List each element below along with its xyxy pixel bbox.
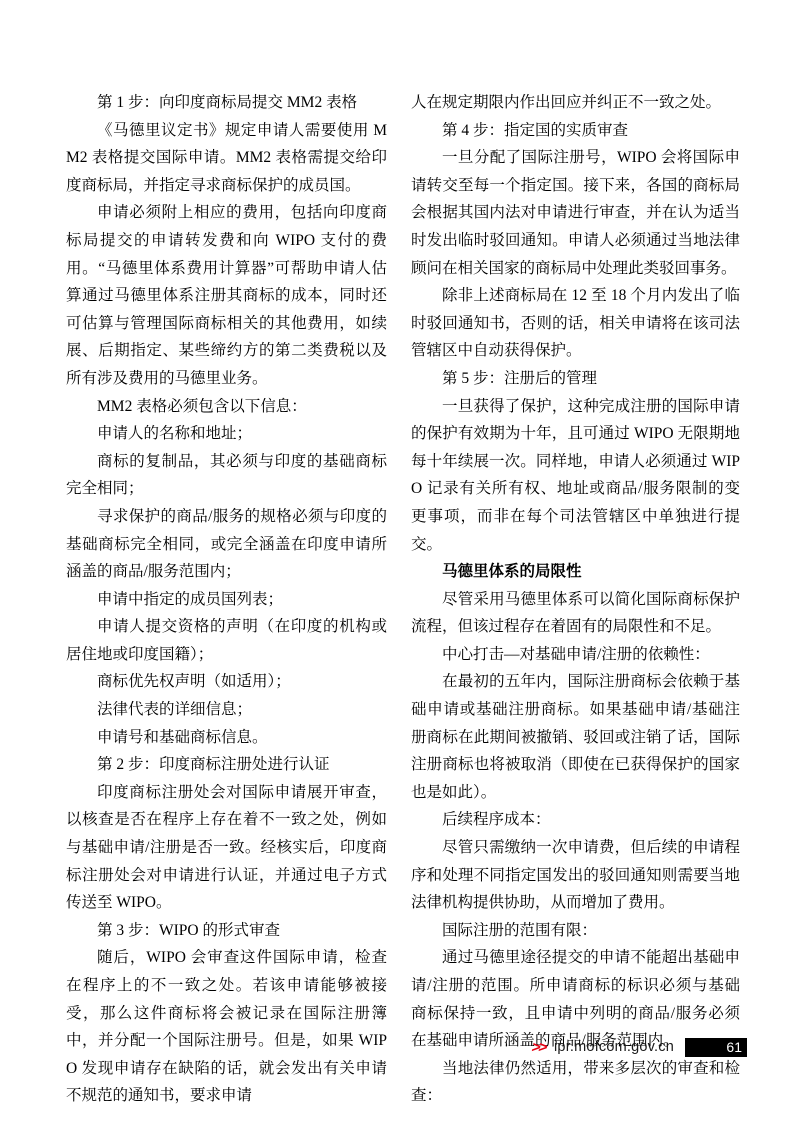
paragraph: 在最初的五年内，国际注册商标会依赖于基础申请或基础注册商标。如果基础申请/基础注… [411, 668, 740, 806]
paragraph: 申请必须附上相应的费用，包括向印度商标局提交的申请转发费和向 WIPO 支付的费… [66, 199, 387, 392]
paragraph: 《马德里议定书》规定申请人需要使用 MM2 表格提交国际申请。MM2 表格需提交… [66, 117, 387, 200]
paragraph: 当地法律仍然适用，带来多层次的审查和检查： [411, 1055, 740, 1110]
left-column: 第 1 步：向印度商标局提交 MM2 表格《马德里议定书》规定申请人需要使用 M… [66, 89, 387, 1110]
step-heading: 第 3 步：WIPO 的形式审查 [66, 917, 387, 945]
paragraph: 随后，WIPO 会审查这件国际申请，检查在程序上的不一致之处。若该申请能够被接受… [66, 944, 387, 1110]
paragraph: 一旦分配了国际注册号，WIPO 会将国际申请转交至每一个指定国。接下来，各国的商… [411, 144, 740, 282]
step-heading: 第 5 步：注册后的管理 [411, 365, 740, 393]
step-heading: 第 2 步：印度商标注册处进行认证 [66, 751, 387, 779]
paragraph: 尽管只需缴纳一次申请费，但后续的申请程序和处理不同指定国发出的驳回通知则需要当地… [411, 834, 740, 917]
footer-site-url: ipr.mofcom.gov.cn [554, 1039, 674, 1055]
section-heading: 马德里体系的局限性 [411, 558, 740, 586]
right-column: 人在规定期限内作出回应并纠正不一致之处。第 4 步：指定国的实质审查一旦分配了国… [411, 89, 740, 1110]
paragraph: 国际注册的范围有限： [411, 917, 740, 945]
paragraph: 商标优先权声明（如适用）； [66, 668, 387, 696]
paragraph: 寻求保护的商品/服务的规格必须与印度的基础商标完全相同，或完全涵盖在印度申请所涵… [66, 503, 387, 586]
page-number-badge: 61 [685, 1038, 747, 1057]
paragraph: 中心打击—对基础申请/注册的依赖性： [411, 641, 740, 669]
step-heading: 第 1 步：向印度商标局提交 MM2 表格 [66, 89, 387, 117]
paragraph: 人在规定期限内作出回应并纠正不一致之处。 [411, 89, 740, 117]
paragraph: 法律代表的详细信息； [66, 696, 387, 724]
paragraph: 申请人提交资格的声明（在印度的机构或居住地或印度国籍）； [66, 613, 387, 668]
paragraph: 尽管采用马德里体系可以简化国际商标保护流程，但该过程存在着固有的局限性和不足。 [411, 586, 740, 641]
paragraph: 除非上述商标局在 12 至 18 个月内发出了临时驳回通知书，否则的话，相关申请… [411, 282, 740, 365]
paragraph: 一旦获得了保护，这种完成注册的国际申请的保护有效期为十年，且可通过 WIPO 无… [411, 393, 740, 559]
paragraph: 申请号和基础商标信息。 [66, 724, 387, 752]
paragraph: 申请人的名称和地址； [66, 420, 387, 448]
paragraph: 商标的复制品，其必须与印度的基础商标完全相同； [66, 448, 387, 503]
step-heading: 第 4 步：指定国的实质审查 [411, 117, 740, 145]
page-footer: >> ipr.mofcom.gov.cn 61 [532, 1037, 747, 1057]
document-body: 第 1 步：向印度商标局提交 MM2 表格《马德里议定书》规定申请人需要使用 M… [66, 89, 740, 1110]
double-chevron-icon: >> [531, 1039, 548, 1056]
paragraph: 后续程序成本： [411, 806, 740, 834]
document-page: 第 1 步：向印度商标局提交 MM2 表格《马德里议定书》规定申请人需要使用 M… [0, 0, 794, 1122]
paragraph: 申请中指定的成员国列表； [66, 586, 387, 614]
paragraph: MM2 表格必须包含以下信息： [66, 393, 387, 421]
paragraph: 印度商标注册处会对国际申请展开审查，以核查是否在程序上存在着不一致之处，例如与基… [66, 779, 387, 917]
